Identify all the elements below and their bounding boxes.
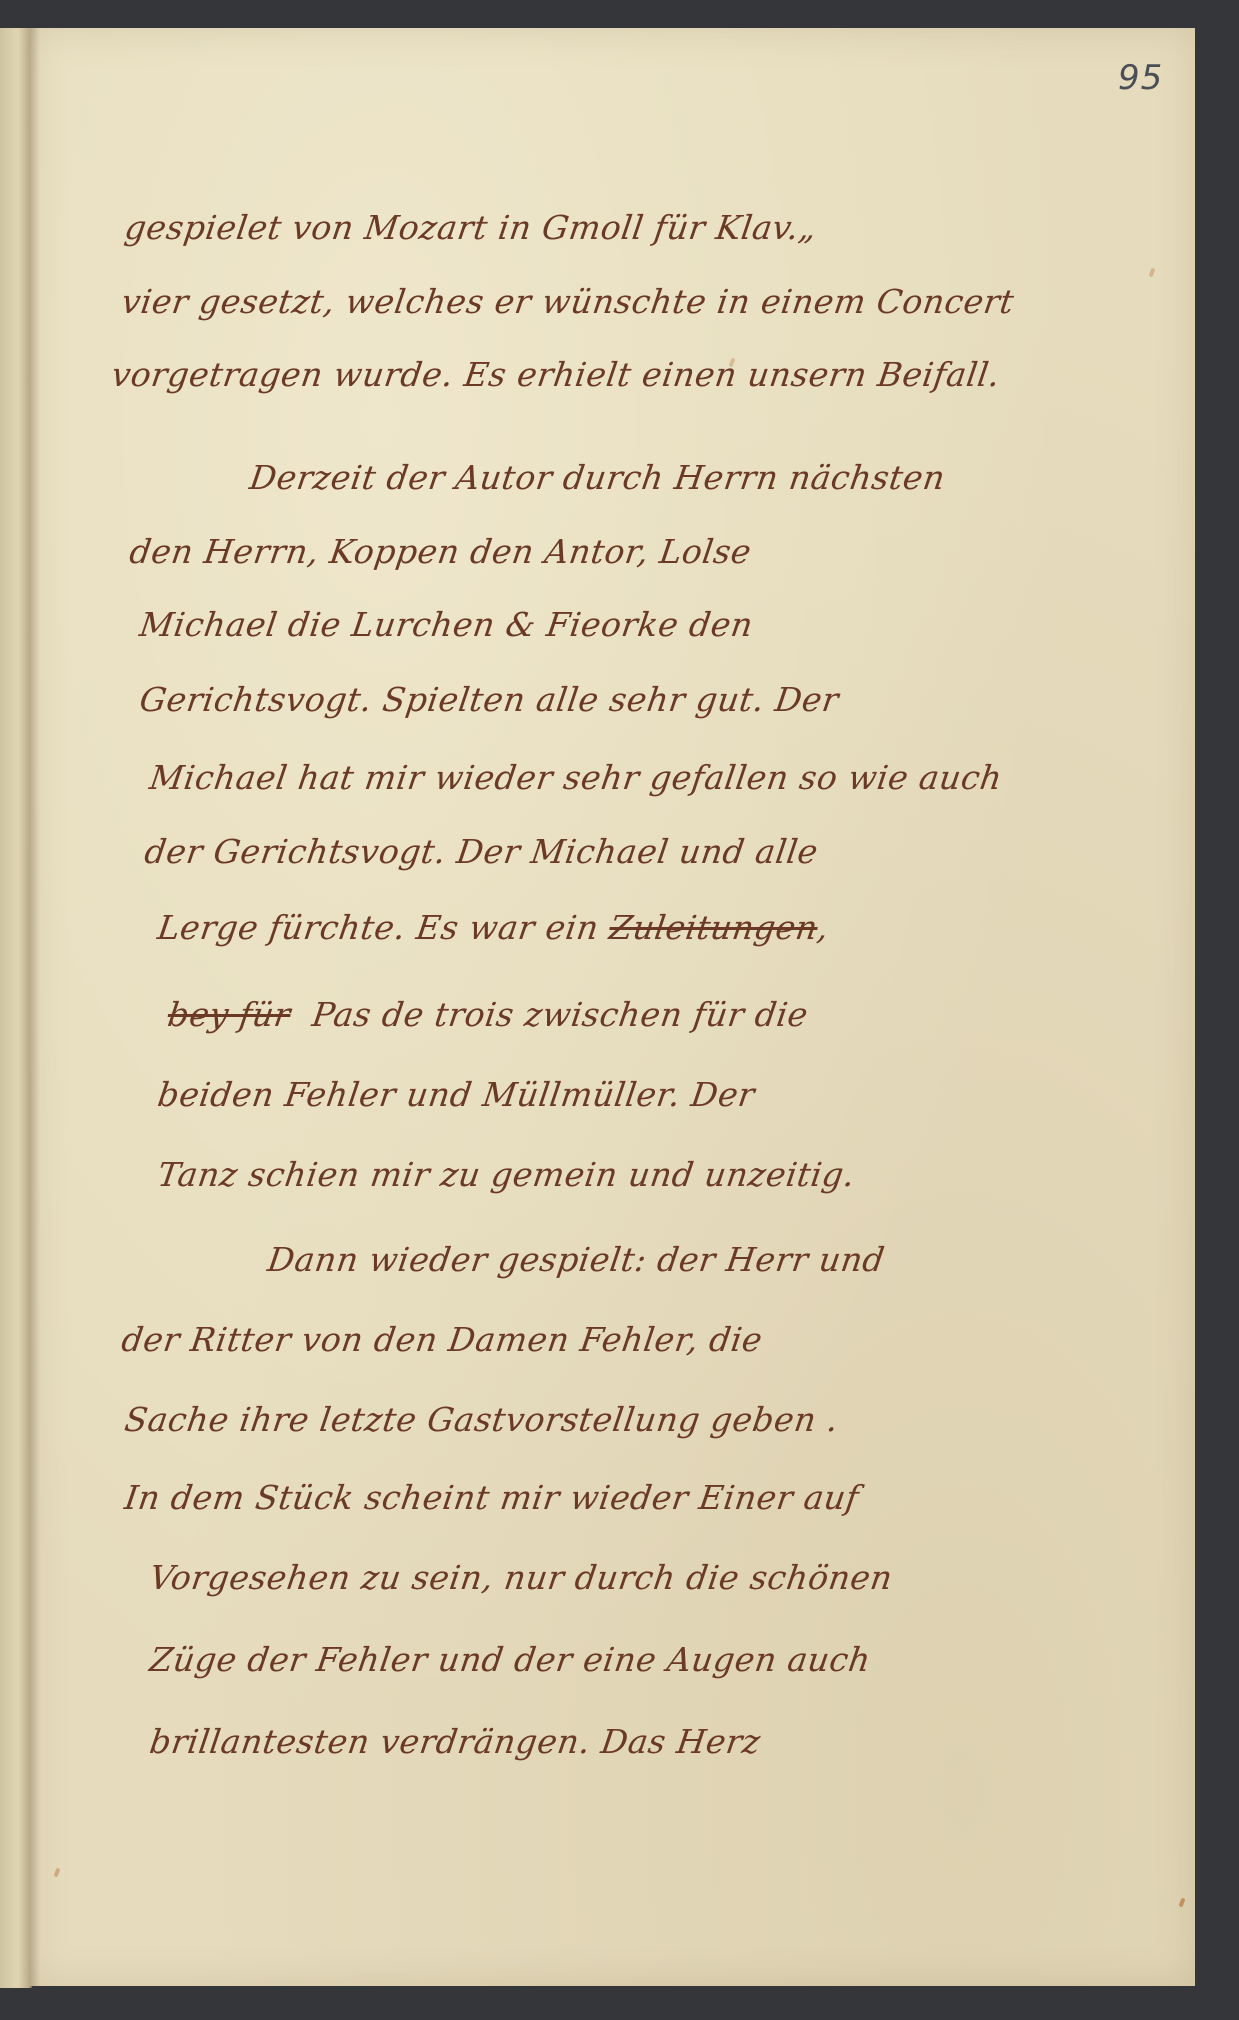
manuscript-line-1: gespielet von Mozart in Gmoll für Klav.„ <box>122 208 819 247</box>
paper-stain <box>54 1868 61 1878</box>
manuscript-line-12: beiden Fehler und Müllmüller. Der <box>155 1075 757 1114</box>
manuscript-line-6: Michael die Lurchen & Fieorke den <box>137 605 755 644</box>
manuscript-line-9: der Gerichtsvogt. Der Michael und alle <box>142 832 820 871</box>
manuscript-line-18: Vorgesehen zu sein, nur durch die schöne… <box>147 1558 895 1597</box>
manuscript-line-4: Derzeit der Autor durch Herrn nächsten <box>247 458 947 497</box>
manuscript-line-17: In dem Stück scheint mir wieder Einer au… <box>122 1478 861 1517</box>
manuscript-line-5: den Herrn, Koppen den Antor, Lolse <box>127 532 754 571</box>
manuscript-line-7: Gerichtsvogt. Spielten alle sehr gut. De… <box>137 680 841 719</box>
manuscript-line-10: Lerge fürchte. Es war ein Zuleitungen, <box>155 908 831 947</box>
manuscript-line-20: brillantesten verdrängen. Das Herz <box>147 1722 763 1761</box>
manuscript-line-13: Tanz schien mir zu gemein und unzeitig. <box>155 1155 857 1194</box>
page-number: 95 <box>1118 58 1163 98</box>
line-text: Sache ihre letzte Gastvorstellung geben <box>122 1400 819 1439</box>
line-text: Pas de trois zwischen für die <box>310 995 811 1034</box>
manuscript-line-14: Dann wieder gespielt: der Herr und <box>265 1240 887 1279</box>
manuscript-line-2: vier gesetzt, welches er wünschte in ein… <box>119 282 1016 321</box>
struck-out-word: bey für <box>165 995 293 1034</box>
line-text: Lerge fürchte. Es war ein <box>155 908 601 947</box>
paper-stain <box>1179 1898 1186 1908</box>
struck-out-word: Zuleitungen <box>607 908 820 947</box>
manuscript-line-15: der Ritter von den Damen Fehler, die <box>119 1320 765 1359</box>
manuscript-line-11: bey für Pas de trois zwischen für die <box>165 995 810 1034</box>
manuscript-line-8: Michael hat mir wieder sehr gefallen so … <box>147 758 1005 797</box>
manuscript-line-16: Sache ihre letzte Gastvorstellung geben … <box>122 1400 841 1439</box>
previous-page-edge <box>0 28 32 1988</box>
manuscript-line-19: Züge der Fehler und der eine Augen auch <box>147 1640 873 1679</box>
paper-stain <box>1149 268 1156 278</box>
manuscript-line-3: vorgetragen wurde. Es erhielt einen unse… <box>109 355 1002 394</box>
